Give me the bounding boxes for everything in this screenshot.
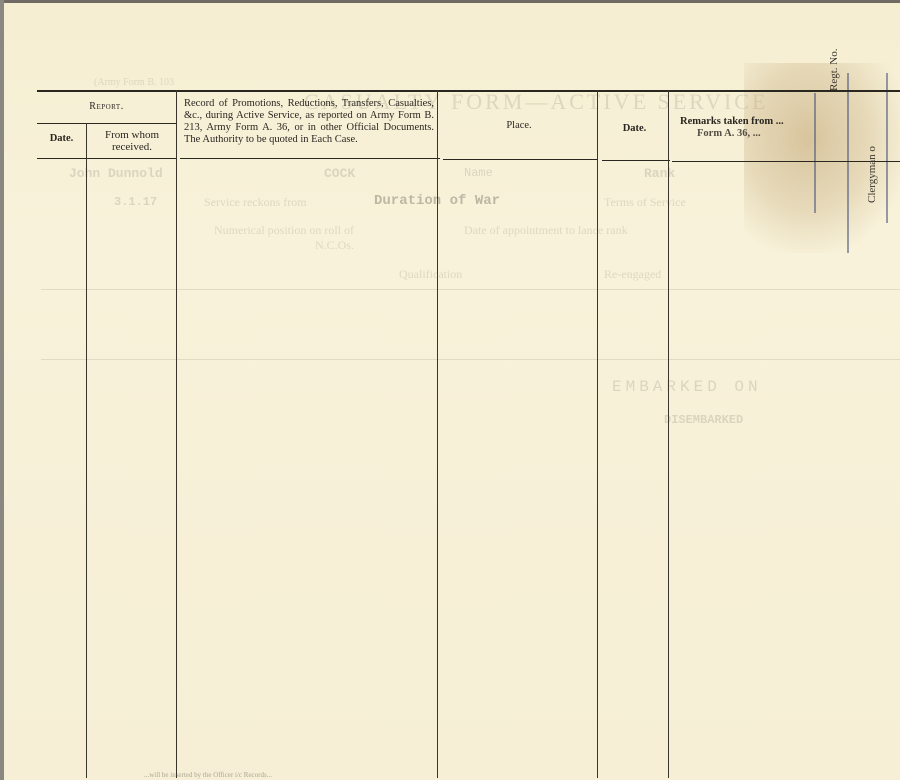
ghost-qualification: Qualification [399, 267, 462, 282]
column-divider [176, 90, 177, 778]
header-top-rule [37, 90, 900, 92]
remarks-column-header-line2: Form A. 36, ... [697, 128, 797, 140]
footer-note: ...will be inserted by the Officer i/c R… [144, 771, 272, 779]
place-column-header: Place. [441, 120, 597, 132]
report-sub-rule [37, 123, 177, 124]
record-column-header: Record of Promotions, Reductions, Transf… [184, 98, 434, 146]
ghost-rank-label: Rank [644, 166, 675, 181]
ghost-terms-label: Terms of Service [604, 195, 686, 210]
rotated-header-clergyman: Clergyman o [866, 146, 878, 203]
rotated-header-regt: Regt. No. [828, 49, 840, 91]
report-group-header: Report. [37, 101, 176, 113]
blue-ink-line [847, 73, 849, 253]
column-divider [86, 123, 87, 778]
ghost-forenames: John Dunnold [69, 166, 163, 181]
ghost-rule [41, 289, 900, 290]
from-whom-column-header: From whom received. [90, 129, 174, 153]
ghost-form-number: (Army Form B. 103 [94, 77, 174, 88]
date2-column-header: Date. [601, 123, 668, 135]
date-column-header: Date. [37, 133, 86, 145]
ghost-name-label: Name [464, 166, 493, 180]
header-bottom-rule [443, 159, 598, 160]
column-divider [437, 90, 438, 778]
ghost-numerical-position: Numerical position on roll of N.C.Os. [204, 223, 354, 253]
remarks-column-header: Remarks taken from ... [680, 116, 800, 128]
header-bottom-rule [180, 158, 440, 159]
ghost-re-engaged: Re-engaged [604, 267, 661, 282]
blue-ink-line [886, 73, 888, 223]
form-page: (Army Form B. 103 CASUALTY FORM—ACTIVE S… [4, 3, 900, 780]
column-divider [597, 90, 598, 778]
ghost-service-reckons: Service reckons from [204, 195, 307, 210]
ghost-rule [41, 359, 900, 360]
ghost-disembarked: DISEMBARKED [664, 413, 743, 427]
ghost-embarked: EMBARKED ON [612, 378, 762, 396]
header-bottom-rule [37, 158, 177, 159]
column-divider [668, 90, 669, 778]
ghost-surname: COCK [324, 166, 355, 181]
blue-ink-line [814, 93, 816, 213]
header-bottom-rule [602, 160, 670, 161]
ghost-service-date: 3.1.17 [114, 195, 157, 209]
ghost-date-appointment: Date of appointment to lance rank [464, 223, 644, 238]
